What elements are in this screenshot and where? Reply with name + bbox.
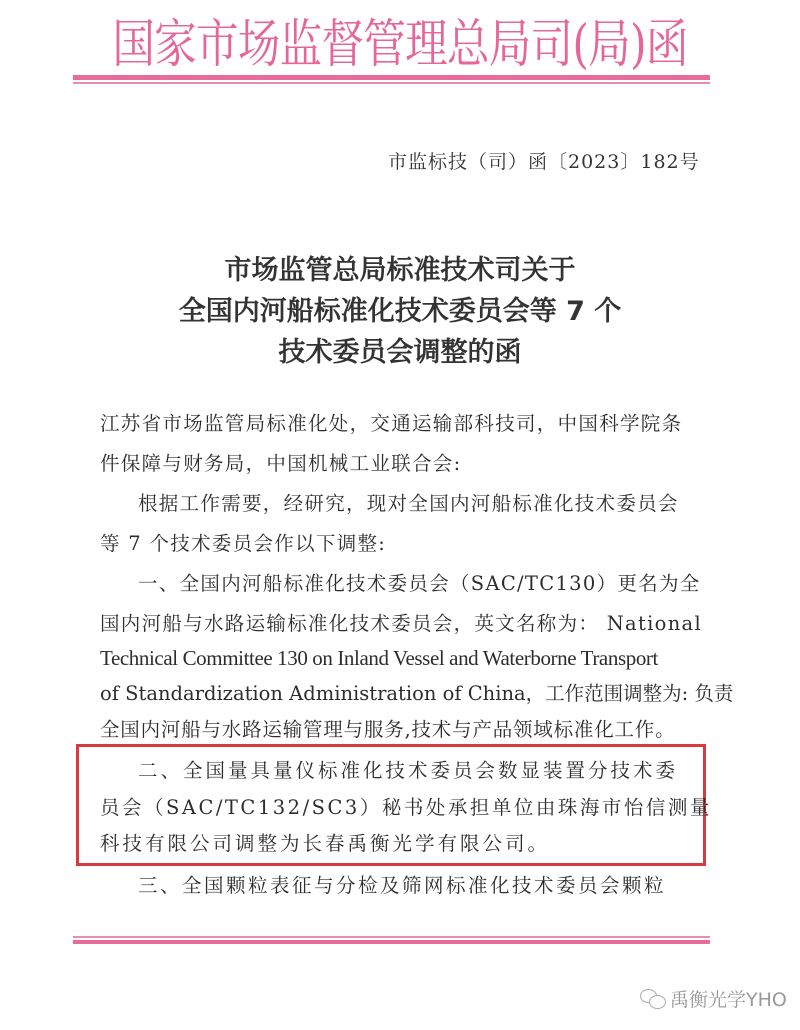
intro-line-1: 根据工作需要，经研究，现对全国内河船标准化技术委员会 <box>138 486 679 522</box>
document-title-line-2: 全国内河船标准化技术委员会等 7 个 <box>0 291 800 332</box>
intro-line-2: 等 7 个技术委员会作以下调整: <box>100 526 386 562</box>
watermark: 禹衡光学YHO <box>640 985 787 1012</box>
recipients-line-1: 江苏省市场监管局标准化处，交通运输部科技司，中国科学院条 <box>100 406 682 442</box>
item-2-line-2: 员会（SAC/TC132/SC3）秘书处承担单位由珠海市怡信测量 <box>100 790 712 826</box>
document-title-line-3: 技术委员会调整的函 <box>0 332 800 373</box>
document-title-line-1: 市场监管总局标准技术司关于 <box>0 250 800 291</box>
recipients-line-2: 件保障与财务局，中国机械工业联合会: <box>100 446 461 482</box>
item-1-line-2: 国内河船与水路运输标准化技术委员会，英文名称为： National <box>100 606 702 642</box>
letterhead-title: 国家市场监督管理总局司(局)函 <box>72 14 728 76</box>
wechat-icon <box>640 989 666 1009</box>
item-2-line-3: 科技有限公司调整为长春禹衡光学有限公司。 <box>100 826 550 862</box>
item-3-line-1: 三、全国颗粒表征与分检及筛网标准化技术委员会颗粒 <box>138 868 666 904</box>
item-1-line-4: of Standardization Administration of Chi… <box>100 676 733 712</box>
watermark-text: 禹衡光学YHO <box>670 985 787 1012</box>
item-1-line-3: Technical Committee 130 on Inland Vessel… <box>100 640 658 676</box>
item-1-line-5: 全国内河船与水路运输管理与服务,技术与产品领域标准化工作。 <box>100 712 675 748</box>
letterhead-divider <box>73 75 710 84</box>
item-1-line-1: 一、全国内河船标准化技术委员会（SAC/TC130）更名为全 <box>138 566 701 602</box>
footer-divider <box>73 936 710 944</box>
document-number: 市监标技（司）函〔2023〕182号 <box>388 147 700 174</box>
item-2-line-1: 二、全国量具量仪标准化技术委员会数显装置分技术委 <box>138 753 678 789</box>
